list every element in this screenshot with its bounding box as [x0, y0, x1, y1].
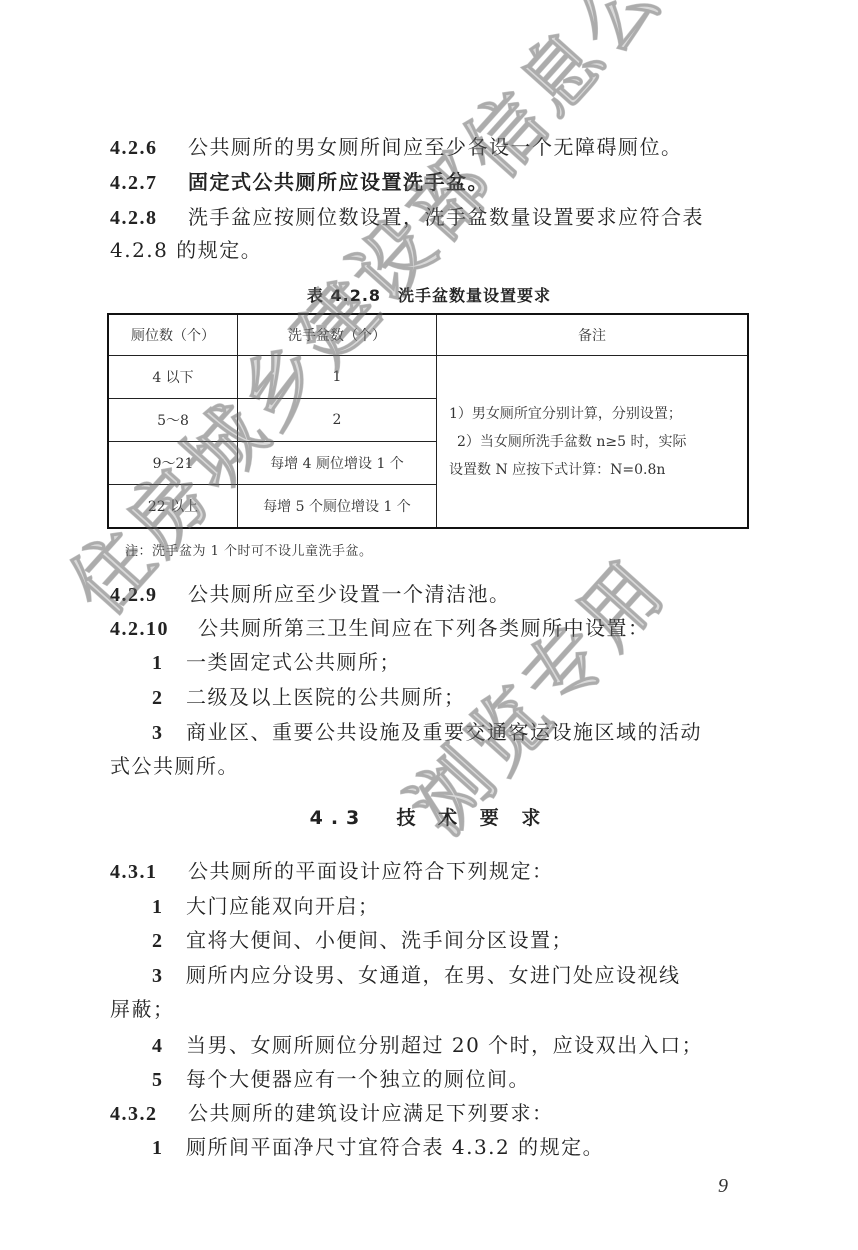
list-item-continuation: 屏蔽；: [110, 995, 175, 1023]
clause-number: 4.2.6: [110, 134, 188, 162]
item-number: 3: [152, 962, 186, 990]
clause-number: 4.2.8: [110, 204, 188, 232]
item-text: 宜将大便间、小便间、洗手间分区设置；: [186, 928, 573, 952]
clause-number: 4.2.10: [110, 615, 198, 643]
clause-text: 公共厕所的平面设计应符合下列规定：: [188, 859, 554, 883]
washbasin-table: 厕位数（个） 洗手盆数（个） 备注 4 以下 1 1）男女厕所宜分别计算，分别设…: [107, 313, 749, 529]
list-item: 3商业区、重要公共设施及重要交通客运设施区域的活动: [152, 718, 702, 747]
clause-text: 固定式公共厕所应设置洗手盆。: [188, 170, 489, 194]
item-text: 式公共厕所。: [110, 754, 239, 778]
header-basin-count: 洗手盆数（个）: [238, 314, 437, 356]
item-number: 5: [152, 1066, 186, 1094]
item-text: 厕所间平面净尺寸宜符合表 4.3.2 的规定。: [186, 1135, 604, 1159]
clause-number: 4.3.2: [110, 1100, 188, 1128]
list-item: 2宜将大便间、小便间、洗手间分区设置；: [152, 926, 573, 955]
section-title: 技 术 要 求: [397, 807, 549, 829]
list-item: 3厕所内应分设男、女通道，在男、女进门处应设视线: [152, 961, 681, 990]
clause-4-3-2: 4.3.2公共厕所的建筑设计应满足下列要求：: [110, 1099, 554, 1128]
list-item: 4当男、女厕所厕位分别超过 20 个时，应设双出入口；: [152, 1031, 703, 1060]
cell-stall-count: 9～21: [108, 442, 238, 485]
cell-basin-count: 2: [238, 399, 437, 442]
cell-stall-count: 4 以下: [108, 356, 238, 399]
cell-stall-count: 22 以上: [108, 485, 238, 529]
clause-number: 4.2.9: [110, 581, 188, 609]
item-text: 商业区、重要公共设施及重要交通客运设施区域的活动: [186, 720, 702, 744]
table-header-row: 厕位数（个） 洗手盆数（个） 备注: [108, 314, 748, 356]
clause-text: 公共厕所第三卫生间应在下列各类厕所中设置：: [198, 616, 650, 640]
clause-4-2-9: 4.2.9公共厕所应至少设置一个清洁池。: [110, 580, 511, 609]
table-row: 4 以下 1 1）男女厕所宜分别计算，分别设置； 2）当女厕所洗手盆数 n≥5 …: [108, 356, 748, 399]
list-item-continuation: 式公共厕所。: [110, 752, 239, 780]
cell-basin-count: 每增 4 厕位增设 1 个: [238, 442, 437, 485]
clause-4-2-8: 4.2.8洗手盆应按厕位数设置，洗手盆数量设置要求应符合表: [110, 203, 704, 232]
item-number: 1: [152, 1134, 186, 1162]
list-item: 1厕所间平面净尺寸宜符合表 4.3.2 的规定。: [152, 1133, 604, 1162]
list-item: 1一类固定式公共厕所；: [152, 648, 401, 677]
clause-4-2-7: 4.2.7固定式公共厕所应设置洗手盆。: [110, 168, 489, 197]
header-remark: 备注: [437, 314, 749, 356]
item-text: 一类固定式公共厕所；: [186, 650, 401, 674]
table-note: 注：洗手盆为 1 个时可不设儿童洗手盆。: [125, 540, 373, 559]
table-caption: 表 4.2.8 洗手盆数量设置要求: [0, 283, 858, 306]
remark-line: 2）当女厕所洗手盆数 n≥5 时，实际: [449, 428, 737, 456]
item-number: 1: [152, 893, 186, 921]
clause-4-2-6: 4.2.6公共厕所的男女厕所间应至少各设一个无障碍厕位。: [110, 133, 683, 162]
list-item: 2二级及以上医院的公共厕所；: [152, 683, 466, 712]
clause-4-2-10: 4.2.10公共厕所第三卫生间应在下列各类厕所中设置：: [110, 614, 650, 643]
cell-remark: 1）男女厕所宜分别计算，分别设置； 2）当女厕所洗手盆数 n≥5 时，实际 设置…: [437, 356, 749, 529]
cell-basin-count: 每增 5 个厕位增设 1 个: [238, 485, 437, 529]
cell-basin-count: 1: [238, 356, 437, 399]
item-text: 大门应能双向开启；: [186, 894, 380, 918]
clause-text: 洗手盆应按厕位数设置，洗手盆数量设置要求应符合表: [188, 205, 704, 229]
remark-line: 1）男女厕所宜分别计算，分别设置；: [449, 400, 737, 428]
item-number: 3: [152, 719, 186, 747]
clause-number: 4.2.7: [110, 169, 188, 197]
header-stall-count: 厕位数（个）: [108, 314, 238, 356]
section-heading: 4.3 技 术 要 求: [0, 803, 858, 830]
clause-number: 4.3.1: [110, 858, 188, 886]
clause-text: 公共厕所应至少设置一个清洁池。: [188, 582, 511, 606]
clause-text: 公共厕所的建筑设计应满足下列要求：: [188, 1101, 554, 1125]
section-number: 4.3: [310, 807, 368, 829]
remark-line: 设置数 N 应按下式计算：N=0.8n: [449, 456, 737, 484]
clause-text: 公共厕所的男女厕所间应至少各设一个无障碍厕位。: [188, 135, 683, 159]
item-number: 1: [152, 649, 186, 677]
clause-4-2-8-continuation: 4.2.8 的规定。: [110, 236, 262, 264]
clause-4-3-1: 4.3.1公共厕所的平面设计应符合下列规定：: [110, 857, 554, 886]
item-text: 屏蔽；: [110, 997, 175, 1021]
cell-stall-count: 5～8: [108, 399, 238, 442]
item-number: 4: [152, 1032, 186, 1060]
clause-text: 4.2.8 的规定。: [110, 238, 262, 262]
list-item: 5每个大便器应有一个独立的厕位间。: [152, 1065, 530, 1094]
item-number: 2: [152, 684, 186, 712]
page-number: 9: [718, 1175, 728, 1198]
item-number: 2: [152, 927, 186, 955]
item-text: 每个大便器应有一个独立的厕位间。: [186, 1067, 530, 1091]
list-item: 1大门应能双向开启；: [152, 892, 380, 921]
item-text: 二级及以上医院的公共厕所；: [186, 685, 466, 709]
item-text: 当男、女厕所厕位分别超过 20 个时，应设双出入口；: [186, 1033, 703, 1057]
item-text: 厕所内应分设男、女通道，在男、女进门处应设视线: [186, 963, 681, 987]
